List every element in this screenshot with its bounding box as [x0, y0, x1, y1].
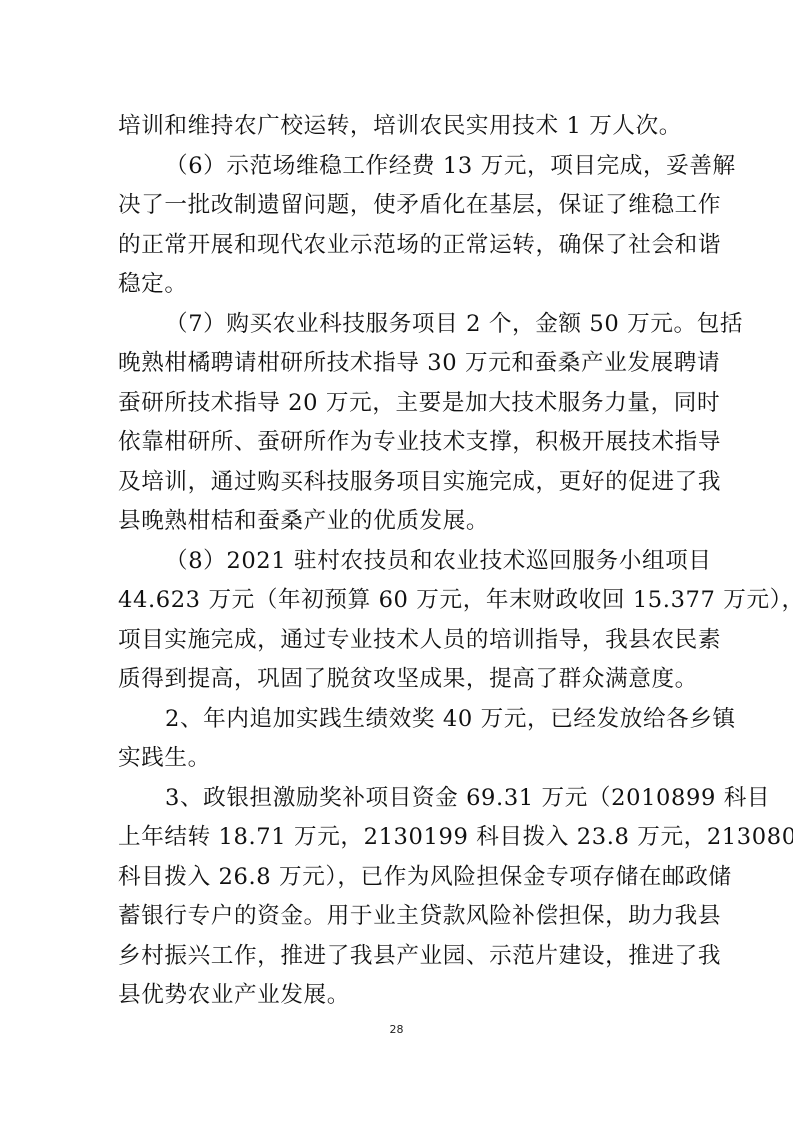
text-line: 及培训，通过购买科技服务项目实施完成，更好的促进了我	[118, 466, 688, 498]
text-line: 决了一批改制遗留问题，使矛盾化在基层，保证了维稳工作	[118, 189, 688, 221]
text-line: 蓄银行专户的资金。用于业主贷款风险补偿担保，助力我县	[118, 900, 688, 932]
text-line: 2、年内追加实践生绩效奖 40 万元，已经发放给各乡镇	[165, 703, 688, 735]
text-line: 蚕研所技术指导 20 万元，主要是加大技术服务力量，同时	[118, 387, 688, 419]
text-line: （8）2021 驻村农技员和农业技术巡回服务小组项目	[165, 545, 688, 577]
text-line: 3、政银担激励奖补项目资金 69.31 万元（2010899 科目	[165, 782, 688, 814]
text-line: 培训和维持农广校运转，培训农民实用技术 1 万人次。	[118, 110, 688, 142]
text-line: 项目实施完成，通过专业技术人员的培训指导，我县农民素	[118, 624, 688, 656]
text-line: 实践生。	[118, 742, 688, 774]
text-line: （6）示范场维稳工作经费 13 万元，项目完成，妥善解	[165, 150, 688, 182]
page-number: 28	[0, 1023, 793, 1036]
text-line: 县优势农业产业发展。	[118, 979, 688, 1011]
text-line: 晚熟柑橘聘请柑研所技术指导 30 万元和蚕桑产业发展聘请	[118, 347, 688, 379]
text-line: 乡村振兴工作，推进了我县产业园、示范片建设，推进了我	[118, 940, 688, 972]
text-line: （7）购买农业科技服务项目 2 个，金额 50 万元。包括	[165, 308, 688, 340]
text-line: 上年结转 18.71 万元，2130199 科目拨入 23.8 万元，21308…	[118, 821, 688, 853]
text-line: 稳定。	[118, 268, 688, 300]
text-line: 44.623 万元（年初预算 60 万元，年末财政收回 15.377 万元），	[118, 584, 688, 616]
text-line: 依靠柑研所、蚕研所作为专业技术支撑，积极开展技术指导	[118, 426, 688, 458]
text-line: 的正常开展和现代农业示范场的正常运转，确保了社会和谐	[118, 229, 688, 261]
text-line: 科目拨入 26.8 万元），已作为风险担保金专项存储在邮政储	[118, 861, 688, 893]
document-page: 培训和维持农广校运转，培训农民实用技术 1 万人次。（6）示范场维稳工作经费 1…	[0, 0, 793, 1122]
text-line: 质得到提高，巩固了脱贫攻坚成果，提高了群众满意度。	[118, 663, 688, 695]
text-line: 县晚熟柑桔和蚕桑产业的优质发展。	[118, 505, 688, 537]
